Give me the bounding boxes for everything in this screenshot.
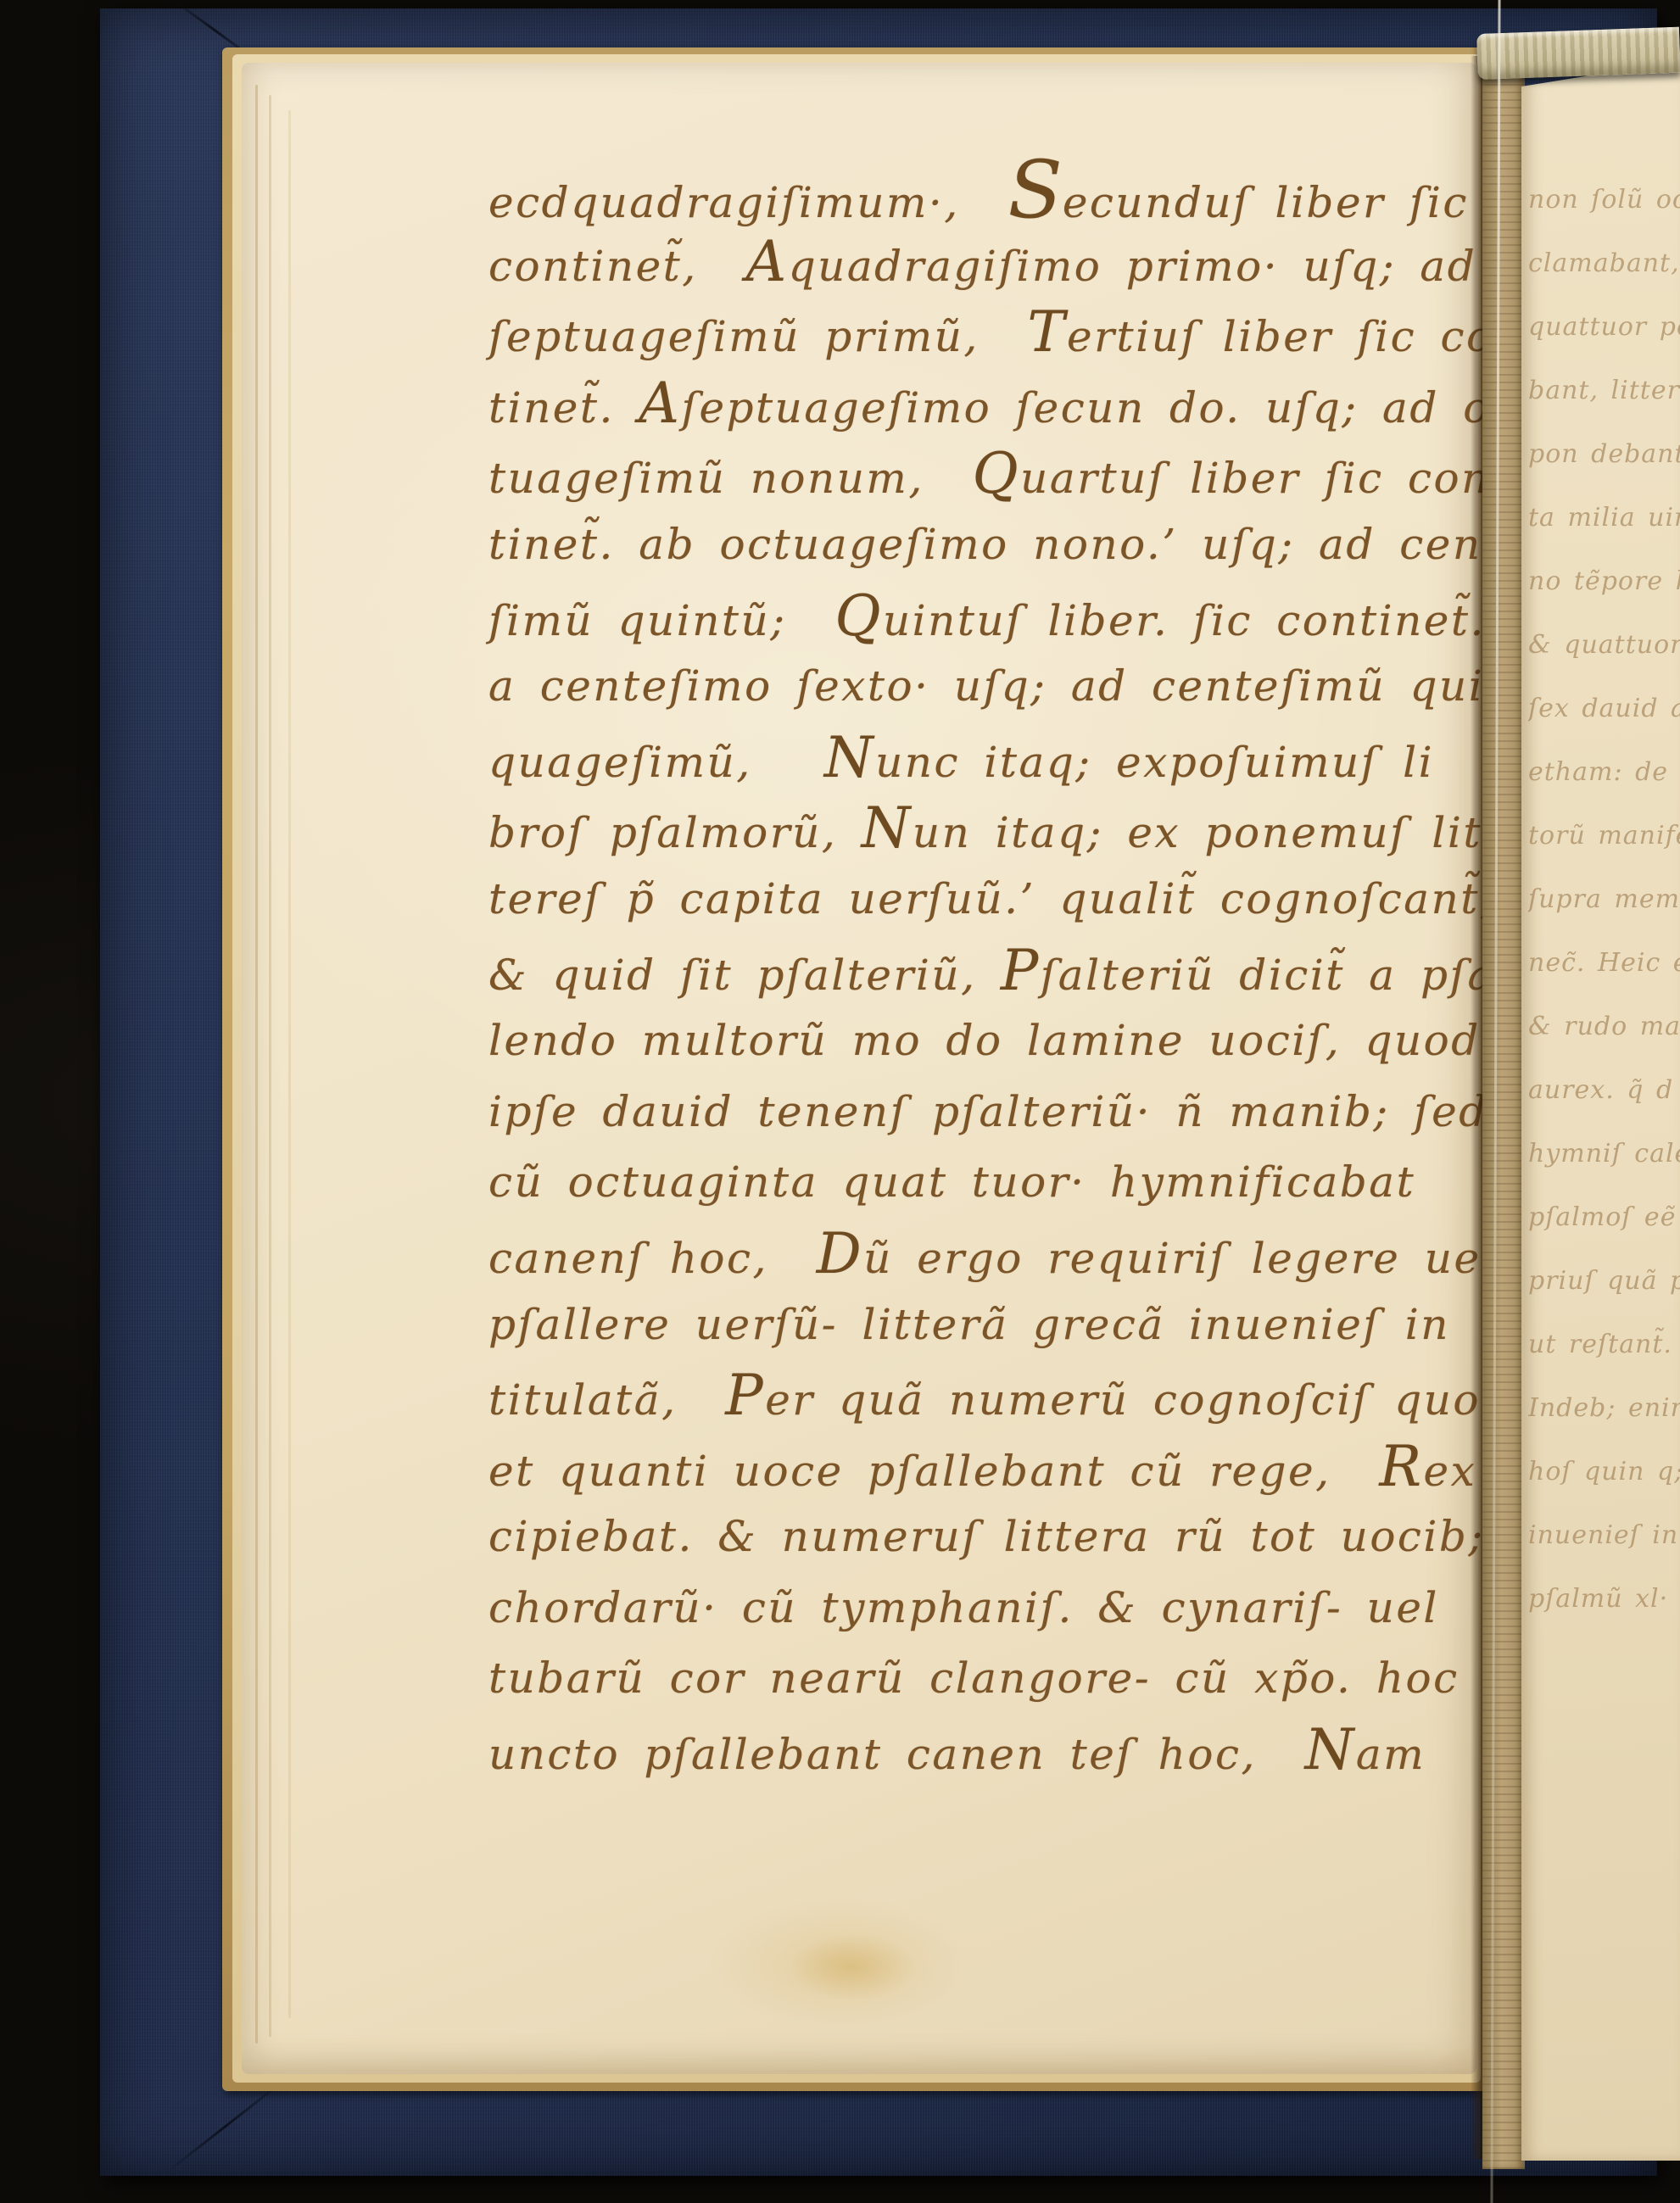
faint-text-line: pſalmoſ eẽ dauid qu [1528, 1185, 1680, 1249]
faint-text-line: nec̃. Heic et uiuet [1528, 931, 1680, 995]
initial-letter: N [862, 795, 913, 861]
text-line: titulatã, Per quã numerũ cognoſciſ quot [488, 1360, 1464, 1431]
faint-text-line: no tẽpore hymn [1528, 549, 1680, 613]
faint-text-line: non ſolũ octuagin [1528, 168, 1680, 231]
text-line: a centeſimo ſexto· uſq; ad centeſimũ qui… [488, 651, 1464, 722]
text-segment: a centeſimo ſexto· uſq; ad centeſimũ qui… [488, 661, 1514, 711]
text-line: uncto pſallebant canen teſ hoc, Nam [488, 1715, 1464, 1786]
text-segment: lendo multorũ mo do lamine uociſ, quod [488, 1016, 1481, 1065]
text-segment: continet̃, [488, 242, 745, 291]
manuscript-photo: { "manuscript": { "left_page": { "lines"… [0, 0, 1680, 2203]
faint-text-line: ta milia uirorum. Q [1528, 486, 1680, 549]
initial-letter: T [1028, 299, 1068, 365]
initial-letter: S [1007, 144, 1062, 237]
faint-text-line: Indeb; enim quinq; ba [1528, 1376, 1680, 1440]
text-line: tinet̃. Aſeptuageſimo ſecun do. uſq; ad … [488, 368, 1464, 439]
faint-text-line: etham: de idithun [1528, 740, 1680, 804]
left-page-text: ecdquadragiſimum·, Secunduſ liber ſiccon… [488, 155, 1464, 1786]
text-segment: ſeptuageſimũ primũ, [488, 312, 1028, 361]
faint-text-line: aurex. q̃ d ſup [1528, 1058, 1680, 1122]
faint-text-line: ſupra memorat. L [1528, 867, 1680, 931]
parchment-stain [789, 1933, 916, 2001]
initial-letter: D [817, 1221, 863, 1286]
text-line: ecdquadragiſimum·, Secunduſ liber ſic [488, 155, 1464, 226]
text-segment: ecdquadragiſimum·, [488, 178, 1007, 227]
right-page-fore-edge [1482, 73, 1525, 2169]
text-line: chordarũ· cũ tymphaniſ. & cynariſ- uel [488, 1573, 1464, 1644]
faint-text-line: & rudo manif [1528, 995, 1680, 1058]
text-segment: uintuſ liber. ſic continet̃. [883, 596, 1486, 645]
text-segment: quadragiſimo primo· uſq; ad [789, 242, 1477, 291]
initial-letter: Q [834, 583, 883, 649]
text-segment: tinet̃. ab octuageſimo nono.’ uſq; ad ce… [488, 520, 1528, 569]
text-line: tuageſimũ nonum, Quartuſ liber ſic con [488, 438, 1464, 510]
text-segment: tereſ p̃ capita uerſuũ.’ qualit̃ cognoſc… [488, 874, 1495, 923]
faint-text-line: clamabant, Gre [1528, 231, 1680, 295]
faint-text-line: ſex dauid arma ruſ [1528, 677, 1680, 740]
faint-text-line: pon debant. Quat [1528, 422, 1680, 486]
text-line: tereſ p̃ capita uerſuũ.’ qualit̃ cognoſc… [488, 864, 1464, 935]
right-page-text: non ſolũ octuaginclamabant, Grequattuor … [1528, 168, 1680, 1660]
text-segment: uncto pſallebant canen teſ hoc, [488, 1730, 1305, 1779]
text-segment: er quã numerũ cognoſciſ quot [765, 1375, 1499, 1425]
faint-text-line: hoſ quin q; libroſ qu [1528, 1440, 1680, 1503]
faint-text-line: bant, litteriſ nomin [1528, 359, 1680, 422]
text-line: ſeptuageſimũ primũ, Tertiuſ liber ſic co… [488, 297, 1464, 368]
initial-letter: N [824, 725, 875, 790]
text-line: broſ pſalmorũ, Nun itaq; ex ponemuſ lit [488, 793, 1464, 864]
text-line: et quanti uoce pſallebant cũ rege, Rex i… [488, 1431, 1464, 1503]
text-segment: ũ ergo requiriſ legere uel [863, 1234, 1497, 1283]
text-segment: titulatã, [488, 1375, 725, 1425]
text-segment: chordarũ· cũ tymphaniſ. & cynariſ- uel [488, 1583, 1439, 1632]
initial-letter: P [1001, 938, 1041, 1003]
faint-text-line: & quattuor arcab [1528, 613, 1680, 677]
initial-letter: A [639, 371, 681, 436]
initial-letter: N [1305, 1717, 1356, 1782]
initial-letter: P [725, 1363, 765, 1428]
faint-text-line: quattuor per ſingula [1528, 295, 1680, 359]
faint-text-line: hymniſ calent. R [1528, 1122, 1680, 1185]
text-segment: cũ octuaginta quat tuor· hymnificabat [488, 1157, 1415, 1207]
text-line: tinet̃. ab octuageſimo nono.’ uſq; ad ce… [488, 510, 1464, 581]
faint-text-line: pſalmũ xl· quoſ d [1528, 1567, 1680, 1631]
text-line: ſimũ quintũ; Quintuſ liber. ſic continet… [488, 581, 1464, 652]
initial-letter: Q [973, 441, 1021, 506]
text-segment: ipſe dauid tenenſ pſalteriũ· ñ manib; ſe… [488, 1087, 1488, 1136]
text-segment: et quanti uoce pſallebant cũ rege, [488, 1447, 1379, 1496]
text-segment: am [1356, 1730, 1426, 1779]
text-segment: ertiuſ liber ſic con [1067, 312, 1523, 361]
text-segment: broſ pſalmorũ, [488, 808, 862, 857]
text-segment: pſallere uerſũ- litterã grecã inuenieſ i… [488, 1300, 1450, 1349]
initial-letter: A [745, 229, 788, 294]
text-line: quageſimũ, Nunc itaq; expoſuimuſ li [488, 722, 1464, 794]
text-line: pſallere uerſũ- litterã grecã inuenieſ i… [488, 1290, 1464, 1361]
text-segment: canenſ hoc, [488, 1234, 817, 1283]
text-segment: ſeptuageſimo ſecun do. uſq; ad oc [681, 383, 1516, 432]
initial-letter: R [1379, 1434, 1423, 1499]
text-segment: & quid ſit pſalteriũ, [488, 951, 1001, 1000]
text-segment: tubarũ cor nearũ clangore- cũ xp̃o. hoc … [488, 1654, 1510, 1703]
faint-text-line: torũ manifeſtatur. q [1528, 804, 1680, 867]
leaf-edge-line [269, 95, 271, 2037]
text-line: ipſe dauid tenenſ pſalteriũ· ñ manib; ſe… [488, 1077, 1464, 1148]
faint-text-line: inuenieſ in fine libr [1528, 1503, 1680, 1567]
text-segment: tinet̃. [488, 383, 639, 432]
leaf-edge-line [255, 85, 258, 2044]
text-segment: ſimũ quintũ; [488, 596, 834, 645]
text-segment: ecunduſ liber ſic [1063, 178, 1469, 227]
leaf-edge-line [288, 110, 291, 2018]
faint-text-line: priuſ quã populuſ [1528, 1249, 1680, 1313]
text-segment: tuageſimũ nonum, [488, 454, 973, 503]
text-line: cũ octuaginta quat tuor· hymnificabat [488, 1147, 1464, 1219]
text-line: canenſ hoc, Dũ ergo requiriſ legere uel [488, 1219, 1464, 1290]
text-segment: uartuſ liber ſic con [1020, 454, 1491, 503]
text-segment: un itaq; ex ponemuſ lit [913, 808, 1482, 857]
headband-cloth [1476, 27, 1680, 80]
text-line: & quid ſit pſalteriũ, Pſalteriũ dicit̃ a… [488, 935, 1464, 1007]
text-segment: quageſimũ, [488, 738, 824, 787]
text-segment: cipiebat. & numeruſ littera rũ tot uocib… [488, 1512, 1485, 1561]
text-line: lendo multorũ mo do lamine uociſ, quod [488, 1006, 1464, 1077]
text-segment: ſalteriũ dicit̃ a pſal [1041, 951, 1510, 1000]
faint-text-line: ut reſtant̃. A capit [1528, 1313, 1680, 1376]
text-line: tubarũ cor nearũ clangore- cũ xp̃o. hoc … [488, 1643, 1464, 1715]
text-line: continet̃, Aquadragiſimo primo· uſq; ad [488, 226, 1464, 298]
text-segment: unc itaq; expoſuimuſ li [875, 738, 1434, 787]
text-line: cipiebat. & numeruſ littera rũ tot uocib… [488, 1502, 1464, 1573]
